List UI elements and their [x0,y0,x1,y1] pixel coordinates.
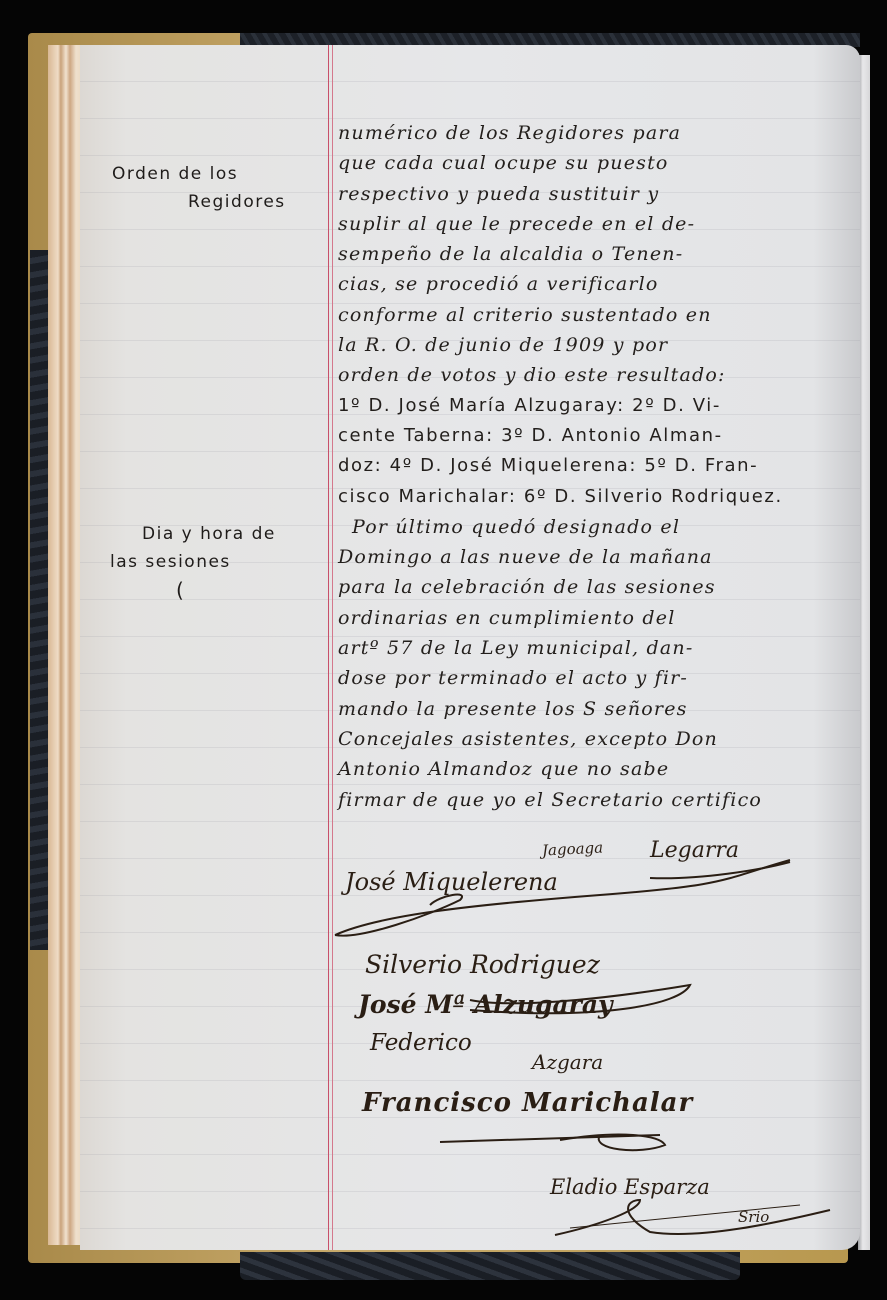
signature-flourish-icon [0,0,887,1300]
